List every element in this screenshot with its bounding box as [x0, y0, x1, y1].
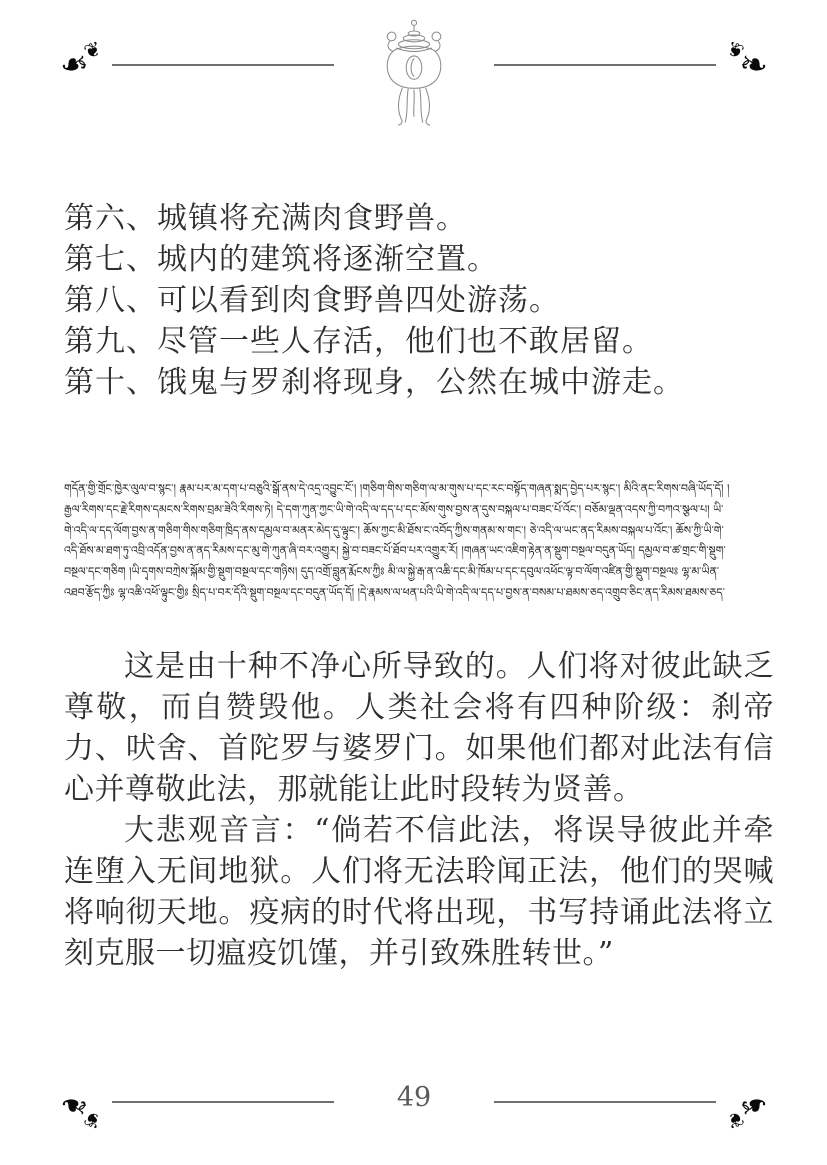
paragraph: 这是由十种不净心所导致的。人们将对彼此缺乏尊敬，而自赞毁他。人类社会将有四种阶级… [64, 646, 774, 810]
footer-rule-left [112, 1101, 334, 1103]
floral-flourish-icon: ❧ ❦ [708, 1080, 766, 1126]
book-page: ❧ ❦ ❧ ❦ 第六、城镇将充满肉食 [0, 0, 827, 1165]
tibetan-line: འཐབ་རྩོད་ཀྱིཿ ལྷ་འཆི་འཕོ་ལྟུང་གྱིཿ སྲིད་… [64, 583, 768, 604]
tibetan-text-block: གདོན་གྱི་གྲོང་ཁྱེར་ལུལ་བ་སྙང་། རྣམ་པར་མ་… [64, 479, 768, 604]
tibetan-line: རྒྱལ་རིགས་དང་རྗེ་རིགས་དམངས་རིགས་བྲམ་ཟེའི… [64, 500, 768, 521]
paragraph: 大悲观音言：“倘若不信此法，将误导彼此并牵连堕入无间地狱。人们将无法聆闻正法，他… [64, 810, 774, 974]
floral-flourish-icon: ❧ ❦ [62, 1080, 120, 1126]
floral-flourish-icon: ❧ ❦ [62, 44, 120, 90]
tibetan-line: བསྔལ་དང་གཅིག །ཡི་དྭགས་བཀྲེས་སྐོམ་གྱི་སྡུ… [64, 562, 768, 583]
floral-flourish-icon: ❧ ❦ [708, 44, 766, 90]
list-item: 第七、城内的建筑将逐渐空置。 [64, 239, 774, 280]
list-item: 第十、饿鬼与罗刹将现身，公然在城中游走。 [64, 362, 774, 403]
tibetan-line: འདི་ཐོས་མ་ཐག་ཏུ་འབྲི་འདོན་བྱས་ན་ནད་རིམས་… [64, 541, 768, 562]
footer-rule-right [494, 1101, 716, 1103]
tibetan-line: གེ་འདི་ལ་དད་ལོག་བྱས་ན་གཅིག་གིས་གཅིག་ཁྲིད… [64, 521, 768, 542]
numbered-list: 第六、城镇将充满肉食野兽。 第七、城内的建筑将逐渐空置。 第八、可以看到肉食野兽… [64, 198, 774, 403]
header-rule-right [494, 64, 716, 66]
treasure-vase-icon [374, 16, 454, 128]
list-item: 第六、城镇将充满肉食野兽。 [64, 198, 774, 239]
body-paragraphs: 这是由十种不净心所导致的。人们将对彼此缺乏尊敬，而自赞毁他。人类社会将有四种阶级… [64, 646, 774, 974]
list-item: 第九、尽管一些人存活，他们也不敢居留。 [64, 321, 774, 362]
list-item: 第八、可以看到肉食野兽四处游荡。 [64, 280, 774, 321]
page-number: 49 [334, 1082, 494, 1113]
tibetan-line: གདོན་གྱི་གྲོང་ཁྱེར་ལུལ་བ་སྙང་། རྣམ་པར་མ་… [64, 479, 768, 500]
header-rule-left [112, 64, 334, 66]
